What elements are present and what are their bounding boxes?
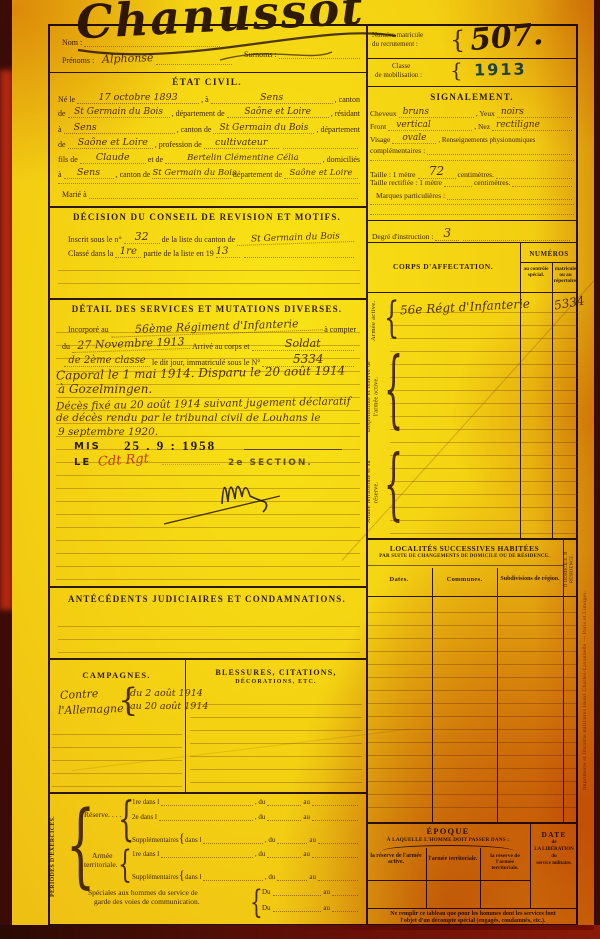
- territoriale-row2: Supplémentaires { dans l , du au: [132, 868, 360, 881]
- printed-label: , canton de: [177, 125, 212, 134]
- numeros-title: NUMÉROS: [520, 250, 578, 258]
- blank-ruled-area: [52, 722, 182, 788]
- section-divider: [368, 822, 578, 824]
- taille-value: 72: [418, 164, 456, 179]
- leader: [203, 880, 262, 881]
- etat-civil-line3: à Sens , canton de St Germain du Bois , …: [58, 122, 360, 134]
- mis-stamp: MIS: [74, 441, 101, 452]
- etat-civil-line6: à Sens , canton de St Germain du Bois dé…: [58, 167, 360, 179]
- classe-brace: {: [450, 60, 463, 80]
- reserve-row1: 1re dans l , du au: [132, 798, 360, 806]
- periodes-label: PÉRIODES D'EXERCICES.: [50, 812, 64, 902]
- services-hand4: de décès rendu par le tribunal civil de …: [56, 412, 321, 424]
- printed-label: au: [309, 873, 316, 881]
- le-stamp: LE: [74, 457, 91, 468]
- dispo-label: Disponibilité et réserve de l'armée acti…: [366, 352, 384, 440]
- printed-label: , département: [316, 125, 360, 134]
- services-line1: Incorporé au 56ème Régiment d'Infanterie…: [68, 320, 356, 334]
- hand-value: St Germain du Bois: [237, 231, 354, 246]
- printed-label: , profession de: [155, 140, 202, 149]
- blank-line: [58, 183, 360, 184]
- rens-label: , Renseignements physionomiques: [438, 136, 535, 144]
- row-divider: [368, 86, 578, 87]
- hand-value: St Germain du Bois: [152, 168, 230, 179]
- section-divider: [48, 298, 366, 300]
- leader: [312, 820, 358, 821]
- epoque-col3-header: la réserve de l'armée territoriale.: [482, 853, 528, 871]
- epoque-header-underline: [368, 880, 530, 881]
- armee-active-label: Armée active.: [370, 296, 382, 346]
- complementaires-row: complémentaires :: [370, 146, 574, 155]
- printed-label: Supplémentaires: [132, 873, 179, 881]
- stamp-dashes: [162, 464, 220, 465]
- epoque-title: ÉPOQUE: [366, 826, 530, 836]
- leader: [332, 911, 358, 912]
- nez-label: , Nez: [474, 122, 490, 131]
- printed-label: , résidant: [331, 109, 360, 118]
- hand-value: 13: [216, 246, 240, 258]
- blank-ruled-area: [58, 614, 360, 654]
- printed-label: Né le: [58, 95, 75, 104]
- printed-label: à: [58, 125, 62, 134]
- dates-col-header: Dates.: [366, 576, 432, 583]
- leader: [277, 843, 307, 844]
- leader: [159, 820, 253, 821]
- printed-label: Du: [262, 888, 271, 896]
- nez-value: rectiligne: [492, 120, 572, 131]
- hand-value: Bertelin Clémentine Célia: [165, 153, 321, 164]
- corps-header-underline: [368, 292, 578, 293]
- printed-label: Classé dans la: [68, 249, 113, 258]
- hand-value: cultivateur: [204, 137, 279, 149]
- blank-line: [370, 204, 574, 205]
- epoque-subtitle: À LAQUELLE L'HOMME DOIT PASSER DANS :: [366, 837, 530, 843]
- matricule-col-header: matricule ou au répertoire.: [553, 266, 578, 284]
- territoriale-brace: {: [118, 848, 132, 885]
- printed-label: département de: [233, 170, 282, 179]
- leader: [89, 198, 358, 199]
- printed-label: au: [323, 904, 330, 912]
- leader: [161, 857, 253, 858]
- printed-label: partie de la liste en 19: [143, 249, 213, 258]
- services-hand2: à Gozelmingen.: [58, 382, 152, 396]
- etat-civil-line2: de St Germain du Bois , département de S…: [58, 107, 360, 118]
- speciales-label1: Spéciales aux hommes du service de: [88, 888, 198, 897]
- leader: [447, 199, 572, 200]
- printed-label: fils de: [58, 155, 78, 164]
- speciales-label2: garde des voies de communication.: [94, 897, 200, 906]
- hand-value: 32: [124, 230, 160, 244]
- blessures-title2: DÉCORATIONS, ETC.: [186, 679, 366, 685]
- signature-squiggle: [160, 466, 330, 530]
- territoriale-label2: territoriale.: [84, 860, 118, 869]
- visage-value: ovale: [392, 133, 436, 144]
- printed-label: au: [303, 850, 310, 858]
- leader: [444, 186, 472, 187]
- stamp-stroke: [244, 449, 342, 450]
- leader: [312, 805, 358, 806]
- printed-label: dans l: [185, 836, 202, 844]
- territoriale-label1: Armée: [92, 851, 112, 860]
- hand-value: Saône et Loire: [68, 137, 153, 149]
- hand-value: de 2ème classe: [64, 355, 150, 367]
- domicile-residence-col-header: D DOMICILE. R RÉSIDENCE.: [563, 542, 578, 596]
- printed-label: , du: [255, 798, 266, 806]
- leader: [312, 857, 358, 858]
- epoque-note2: l'objet d'un décompte spécial (engagés, …: [370, 918, 576, 924]
- printed-label: Supplémentaires: [132, 836, 179, 844]
- printed-label: au: [303, 798, 310, 806]
- blessures-title1: BLESSURES, CITATIONS,: [186, 668, 366, 677]
- hand-value: 17 octobre 1893: [77, 92, 199, 104]
- printer-imprint: Imprimerie et librairie militaires Henri…: [582, 540, 592, 840]
- printed-label: au: [303, 813, 310, 821]
- controle-col-header: au contrôle spécial.: [521, 266, 551, 278]
- leader: [161, 805, 253, 806]
- leader: [512, 186, 572, 187]
- rens-label2: complémentaires :: [370, 146, 425, 155]
- signature-flourish: [70, 16, 410, 68]
- reserve-label: Réserve. . . .: [84, 810, 121, 819]
- dispo-brace: {: [384, 350, 403, 434]
- blank-line: [370, 160, 574, 161]
- reserve-row3: Supplémentaires { dans l , du au: [132, 831, 360, 844]
- signalement-title: SIGNALEMENT.: [366, 92, 578, 102]
- paper-sheet: Chanussot Nom : Surnoms : Prénoms : Alph…: [12, 0, 594, 930]
- printed-label: de: [58, 140, 66, 149]
- armee-active-brace: {: [384, 296, 399, 339]
- date-liberation-l2: de: [531, 840, 577, 845]
- front-label: Front: [370, 122, 386, 131]
- printed-label: , à: [201, 95, 209, 104]
- localites-header-underline: [368, 596, 578, 597]
- section-divider: [48, 658, 366, 660]
- printed-label: 2e dans l: [132, 813, 157, 821]
- leader: [267, 857, 301, 858]
- taille-rectifiee-row: Taille rectifiée : 1 mètre centimètres.: [370, 178, 574, 187]
- taille2-unit: centimètres.: [474, 178, 510, 187]
- instruction-label: Degré d'instruction :: [372, 232, 433, 241]
- printed-label: , du: [265, 873, 276, 881]
- section-divider: [368, 538, 578, 540]
- corps-header: CORPS D'AFFECTATION.: [366, 262, 520, 271]
- hand-value: St Germain du Bois: [213, 123, 314, 134]
- campagnes-hand2: l'Allemagne: [58, 702, 124, 717]
- date-liberation-l5: service militaire.: [531, 861, 577, 866]
- leader: [273, 911, 322, 912]
- printed-label: 1re dans l: [132, 850, 159, 858]
- front-row: Front vertical , Nez rectiligne: [370, 120, 574, 131]
- etat-civil-line5: fils de Claude et de Bertelin Clémentine…: [58, 152, 360, 164]
- numeros-underline: [520, 262, 578, 263]
- leader: [273, 895, 322, 896]
- epoque-brace-curve: [382, 845, 514, 851]
- leader: [203, 843, 262, 844]
- front-value: vertical: [388, 120, 472, 131]
- services-title: DÉTAIL DES SERVICES ET MUTATIONS DIVERSE…: [48, 304, 366, 314]
- reserve-row2: 2e dans l , du au: [132, 813, 360, 821]
- hand-value: Sens: [64, 167, 114, 179]
- printed-label: et de: [148, 155, 163, 164]
- hand-value: Saône et Loire: [227, 107, 329, 118]
- epoque-col1-header: la réserve de l'armée active.: [368, 853, 424, 865]
- epoque-col-divider: [426, 848, 427, 908]
- corps-ruled-area: [390, 300, 578, 536]
- epoque-col-divider: [480, 848, 481, 908]
- decision-line2: Classé dans la 1re partie de la liste en…: [68, 246, 356, 258]
- decision-title: DÉCISION DU CONSEIL DE REVISION ET MOTIF…: [48, 212, 366, 222]
- speciales-row1: Du au: [262, 888, 360, 896]
- hand-value: St Germain du Bois: [68, 107, 170, 118]
- epoque-note1: Ne remplir ce tableau que pour les homme…: [370, 911, 576, 917]
- visage-label: Visage: [370, 135, 390, 144]
- leader: [332, 895, 358, 896]
- etat-civil-title: ÉTAT CIVIL.: [48, 78, 366, 88]
- decision-line1: Inscrit sous le n° 32 de la liste du can…: [68, 230, 356, 244]
- leader: [267, 805, 301, 806]
- printed-label: de: [58, 109, 66, 118]
- epoque-body-underline: [368, 908, 578, 909]
- date-liberation-l1: DATE: [531, 830, 577, 839]
- printed-label: du: [62, 342, 70, 351]
- printed-label: à: [58, 170, 62, 179]
- matricule-brace: {: [450, 28, 465, 52]
- matricule-value: 507.: [469, 17, 545, 58]
- section-divider: [48, 792, 366, 794]
- localites-title: LOCALITÉS SUCCESSIVES HABITÉES: [366, 544, 563, 553]
- leader: [283, 148, 358, 149]
- communes-col-header: Communes.: [432, 576, 497, 583]
- printed-label: à compter: [324, 325, 356, 334]
- printed-label: , du: [255, 813, 266, 821]
- section-divider: [48, 206, 366, 208]
- etat-civil-line4: de Saône et Loire , profession de cultiv…: [58, 137, 360, 149]
- campagnes-title: CAMPAGNES.: [48, 670, 185, 680]
- leader: [318, 880, 358, 881]
- territoriale-reserve-brace: {: [384, 448, 403, 526]
- speciales-brace: {: [250, 886, 263, 918]
- campagnes-hand1: Contre: [60, 687, 99, 702]
- cheveux-value: bruns: [399, 107, 474, 118]
- blank-line: [370, 214, 574, 215]
- subdivisions-col-header: Subdivisions de région.: [497, 576, 563, 582]
- yeux-value: noirs: [497, 107, 572, 118]
- instruction-value: 3: [435, 226, 459, 241]
- speciales-row2: Du au: [262, 904, 360, 912]
- leader: [267, 820, 301, 821]
- section-divider: [48, 586, 366, 588]
- hand-value: 27 Novembre 1913: [72, 335, 190, 353]
- hand-value: Claude: [80, 152, 146, 164]
- visage-row: Visage ovale , Renseignements physionomi…: [370, 133, 574, 144]
- services-hand5: 9 septembre 1920.: [58, 426, 158, 438]
- localites-subtitle: PAR SUITE DE CHANGEMENTS DE DOMICILE OU …: [366, 554, 563, 559]
- blank-ruled-area: [58, 258, 360, 296]
- printed-label: , canton de: [116, 170, 151, 179]
- row-divider: [368, 242, 578, 243]
- blank-ruled-area: [190, 692, 362, 788]
- marques-label: Marques particulières :: [376, 191, 445, 200]
- cheveux-row: Cheveux bruns , Yeux noirs: [370, 107, 574, 118]
- date-liberation-l4: du: [531, 854, 577, 859]
- printed-label: au: [309, 836, 316, 844]
- leader: [427, 154, 572, 155]
- printed-label: , département de: [172, 109, 225, 118]
- printed-label: Incorporé au: [68, 325, 109, 334]
- classe-value-stamp: 1913: [474, 60, 527, 80]
- services-line2: du 27 Novembre 1913 Arrivé au corps et S…: [62, 337, 356, 351]
- printed-label: Du: [262, 904, 271, 912]
- printed-label: Inscrit sous le n°: [68, 235, 122, 244]
- printed-label: dans l: [185, 873, 202, 881]
- leader: [318, 843, 358, 844]
- hand-value: Sens: [211, 92, 333, 104]
- taille2-label: Taille rectifiée : 1 mètre: [370, 178, 442, 187]
- taille-row: Taille : 1 mètre 72 centimètres.: [370, 164, 574, 179]
- cheveux-label: Cheveux: [370, 109, 397, 118]
- leader: [463, 240, 570, 241]
- date-liberation-l3: LA LIBÉRATION: [531, 847, 577, 852]
- printed-label: Arrivé au corps et: [192, 342, 250, 351]
- marie-row: Marié à: [62, 190, 360, 199]
- printed-label: de la liste du canton de: [162, 235, 236, 244]
- localites-ruled-area: [368, 600, 576, 820]
- epoque-col2-header: l'armée territoriale.: [428, 856, 478, 862]
- printed-label: , du: [255, 850, 266, 858]
- printed-label: , du: [265, 836, 276, 844]
- marques-row: Marques particulières :: [376, 191, 574, 200]
- instruction-row: Degré d'instruction : 3: [372, 226, 572, 241]
- antecedents-title: ANTÉCÉDENTS JUDICIAIRES ET CONDAMNATIONS…: [48, 594, 366, 604]
- classe-label2: de mobilisation :: [375, 71, 422, 79]
- printed-label: , domiciliés: [323, 155, 360, 164]
- leader: [277, 880, 307, 881]
- hand-value: 1re: [115, 246, 141, 258]
- localites-header-divider: [368, 565, 563, 566]
- printed-label: 1re dans l: [132, 798, 159, 806]
- marie-label: Marié à: [62, 190, 87, 199]
- territoriale-row1: 1re dans l , du au: [132, 850, 360, 858]
- hand-value: Sens: [64, 122, 175, 134]
- row-divider: [368, 220, 578, 221]
- hand-value: Soldat: [252, 337, 354, 351]
- printed-label: au: [323, 888, 330, 896]
- printed-label: , canton: [335, 95, 360, 104]
- hand-value: Saône et Loire: [284, 168, 358, 179]
- section-divider: [48, 72, 366, 73]
- yeux-label: , Yeux: [476, 109, 495, 118]
- etat-civil-line1: Né le 17 octobre 1893 , à Sens , canton: [58, 92, 360, 104]
